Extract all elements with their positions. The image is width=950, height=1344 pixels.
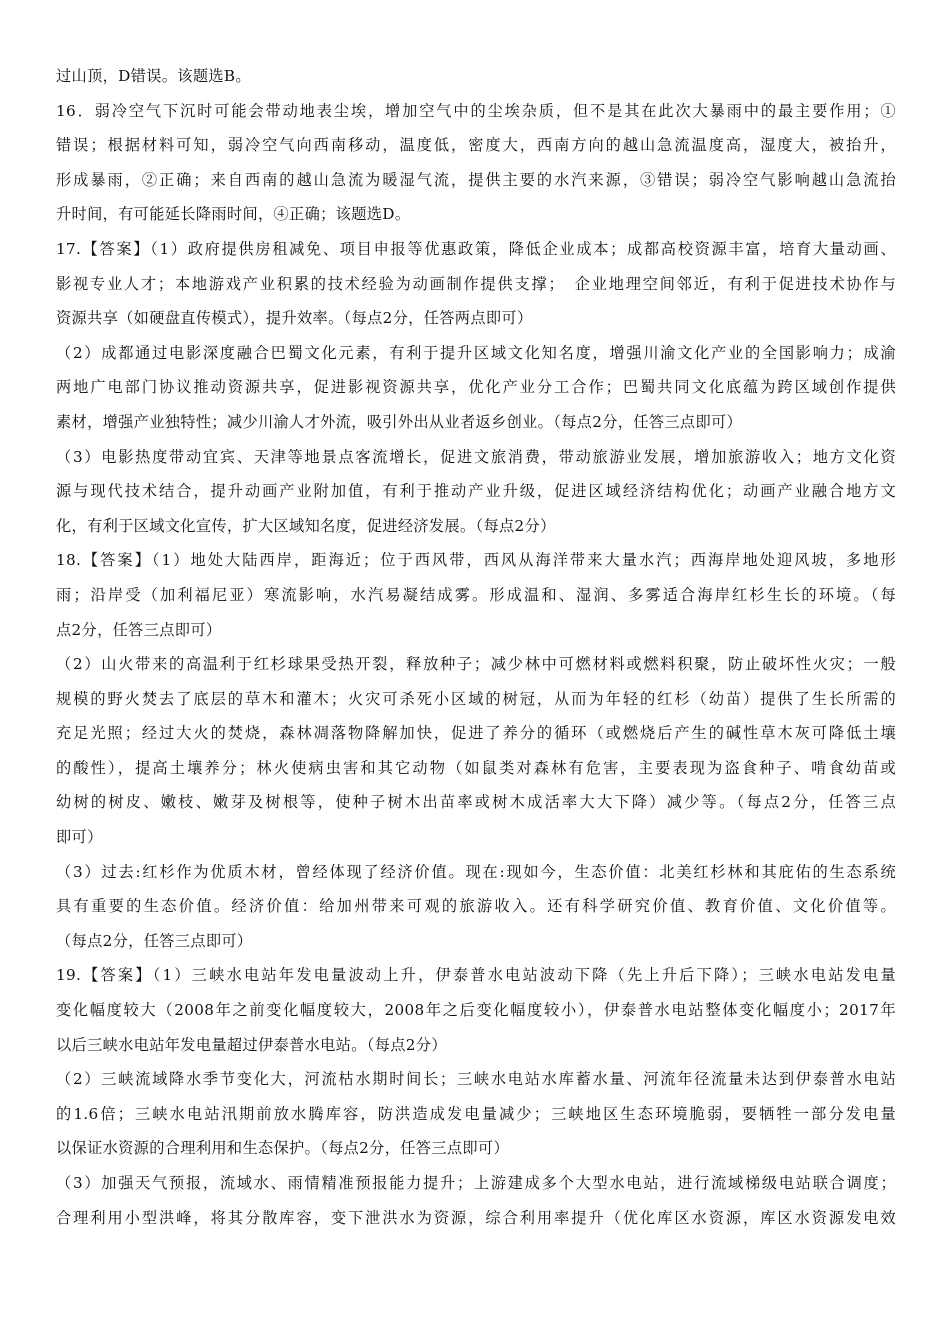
paragraph-q16-answer: 16．弱冷空气下沉时可能会带动地表尘埃，增加空气中的尘埃杂质，但不是其在此次大暴… [56,94,896,232]
text-line: 形成暴雨，②正确；来自西南的越山急流为暖湿气流，提供主要的水汽来源，③错误；弱冷… [56,163,896,198]
text-line: （3）电影热度带动宜宾、天津等地景点客流增长，促进文旅消费，带动旅游业发展，增加… [56,440,896,475]
text-line: 即可） [56,820,896,855]
text-line: 两地广电部门协议推动资源共享，促进影视资源共享，优化产业分工合作；巴蜀共同文化底… [56,370,896,405]
text-line: 源与现代技术结合，提升动画产业附加值，有利于推动产业升级，促进区域经济结构优化；… [56,474,896,509]
paragraph-q19-part2: （2）三峡流域降水季节变化大，河流枯水期时间长；三峡水电站水库蓄水量、河流年径流… [56,1062,896,1166]
paragraph-q17-part2: （2）成都通过电影深度融合巴蜀文化元素，有利于提升区域文化知名度，增强川渝文化产… [56,336,896,440]
text-line: 的酸性），提高土壤养分；林火使病虫害和其它动物（如鼠类对森林有危害，主要表现为盗… [56,751,896,786]
text-line: 以后三峡水电站年发电量超过伊泰普水电站。（每点2分） [56,1028,896,1063]
text-line: 18.【答案】（1）地处大陆西岸，距海近；位于西风带，西风从海洋带来大量水汽；西… [56,543,896,578]
paragraph-q18-part1: 18.【答案】（1）地处大陆西岸，距海近；位于西风带，西风从海洋带来大量水汽；西… [56,543,896,647]
text-line: （3）过去:红杉作为优质木材，曾经体现了经济价值。现在:现如今，生态价值：北美红… [56,855,896,890]
paragraph-q17-part1: 17.【答案】（1）政府提供房租减免、项目申报等优惠政策，降低企业成本；成都高校… [56,232,896,336]
paragraph-q18-part2: （2）山火带来的高温利于红杉球果受热开裂，释放种子；减少林中可燃材料或燃料积聚，… [56,647,896,855]
text-line: 具有重要的生态价值。经济价值：给加州带来可观的旅游收入。还有科学研究价值、教育价… [56,889,896,924]
text-line: （2）成都通过电影深度融合巴蜀文化元素，有利于提升区域文化知名度，增强川渝文化产… [56,336,896,371]
paragraph-q15-tail: 过山顶，D错误。该题选B。 [56,59,896,94]
text-line: （2）山火带来的高温利于红杉球果受热开裂，释放种子；减少林中可燃材料或燃料积聚，… [56,647,896,682]
text-line: 化，有利于区域文化宣传，扩大区域知名度，促进经济发展。（每点2分） [56,509,896,544]
text-line: 以保证水资源的合理利用和生态保护。（每点2分，任答三点即可） [56,1131,896,1166]
text-line: 充足光照；经过大火的焚烧，森林凋落物降解加快，促进了养分的循环（或燃烧后产生的碱… [56,716,896,751]
text-line: （每点2分，任答三点即可） [56,924,896,959]
text-line: 错误；根据材料可知，弱冷空气向西南移动，温度低，密度大，西南方向的越山急流温度高… [56,128,896,163]
answer-document: 过山顶，D错误。该题选B。 16．弱冷空气下沉时可能会带动地表尘埃，增加空气中的… [56,59,896,1235]
text-line: 19.【答案】（1）三峡水电站年发电量波动上升，伊泰普水电站波动下降（先上升后下… [56,958,896,993]
text-line: 规模的野火焚去了底层的草木和灌木；火灾可杀死小区域的树冠，从而为年轻的红杉（幼苗… [56,682,896,717]
text-line: 变化幅度较大（2008年之前变化幅度较大，2008年之后变化幅度较小），伊泰普水… [56,993,896,1028]
text-line: 16．弱冷空气下沉时可能会带动地表尘埃，增加空气中的尘埃杂质，但不是其在此次大暴… [56,94,896,129]
text-line: 资源共享（如硬盘直传模式），提升效率。（每点2分，任答两点即可） [56,301,896,336]
text-line: 素材，增强产业独特性；减少川渝人才外流，吸引外出从业者返乡创业。（每点2分，任答… [56,405,896,440]
text-line: 点2分，任答三点即可） [56,613,896,648]
paragraph-q17-part3: （3）电影热度带动宜宾、天津等地景点客流增长，促进文旅消费，带动旅游业发展，增加… [56,440,896,544]
text-line: 的1.6倍；三峡水电站汛期前放水腾库容，防洪造成发电量减少；三峡地区生态环境脆弱… [56,1097,896,1132]
text-line: 17.【答案】（1）政府提供房租减免、项目申报等优惠政策，降低企业成本；成都高校… [56,232,896,267]
paragraph-q18-part3: （3）过去:红杉作为优质木材，曾经体现了经济价值。现在:现如今，生态价值：北美红… [56,855,896,959]
text-line: 升时间，有可能延长降雨时间，④正确；该题选D。 [56,197,896,232]
text-line: （3）加强天气预报，流域水、雨情精准预报能力提升；上游建成多个大型水电站，进行流… [56,1166,896,1201]
paragraph-q19-part1: 19.【答案】（1）三峡水电站年发电量波动上升，伊泰普水电站波动下降（先上升后下… [56,958,896,1062]
text-line: 幼树的树皮、嫩枝、嫩芽及树根等，使种子树木出苗率或树木成活率大大下降）减少等。（… [56,785,896,820]
text-line: 合理利用小型洪峰，将其分散库容，变下泄洪水为资源，综合利用率提升（优化库区水资源… [56,1201,896,1236]
paragraph-q19-part3: （3）加强天气预报，流域水、雨情精准预报能力提升；上游建成多个大型水电站，进行流… [56,1166,896,1235]
text-line: 雨；沿岸受（加利福尼亚）寒流影响，水汽易凝结成雾。形成温和、湿润、多雾适合海岸红… [56,578,896,613]
text-line: 影视专业人才；本地游戏产业积累的技术经验为动画制作提供支撑； 企业地理空间邻近，… [56,267,896,302]
text-line: （2）三峡流域降水季节变化大，河流枯水期时间长；三峡水电站水库蓄水量、河流年径流… [56,1062,896,1097]
text-line: 过山顶，D错误。该题选B。 [56,59,896,94]
